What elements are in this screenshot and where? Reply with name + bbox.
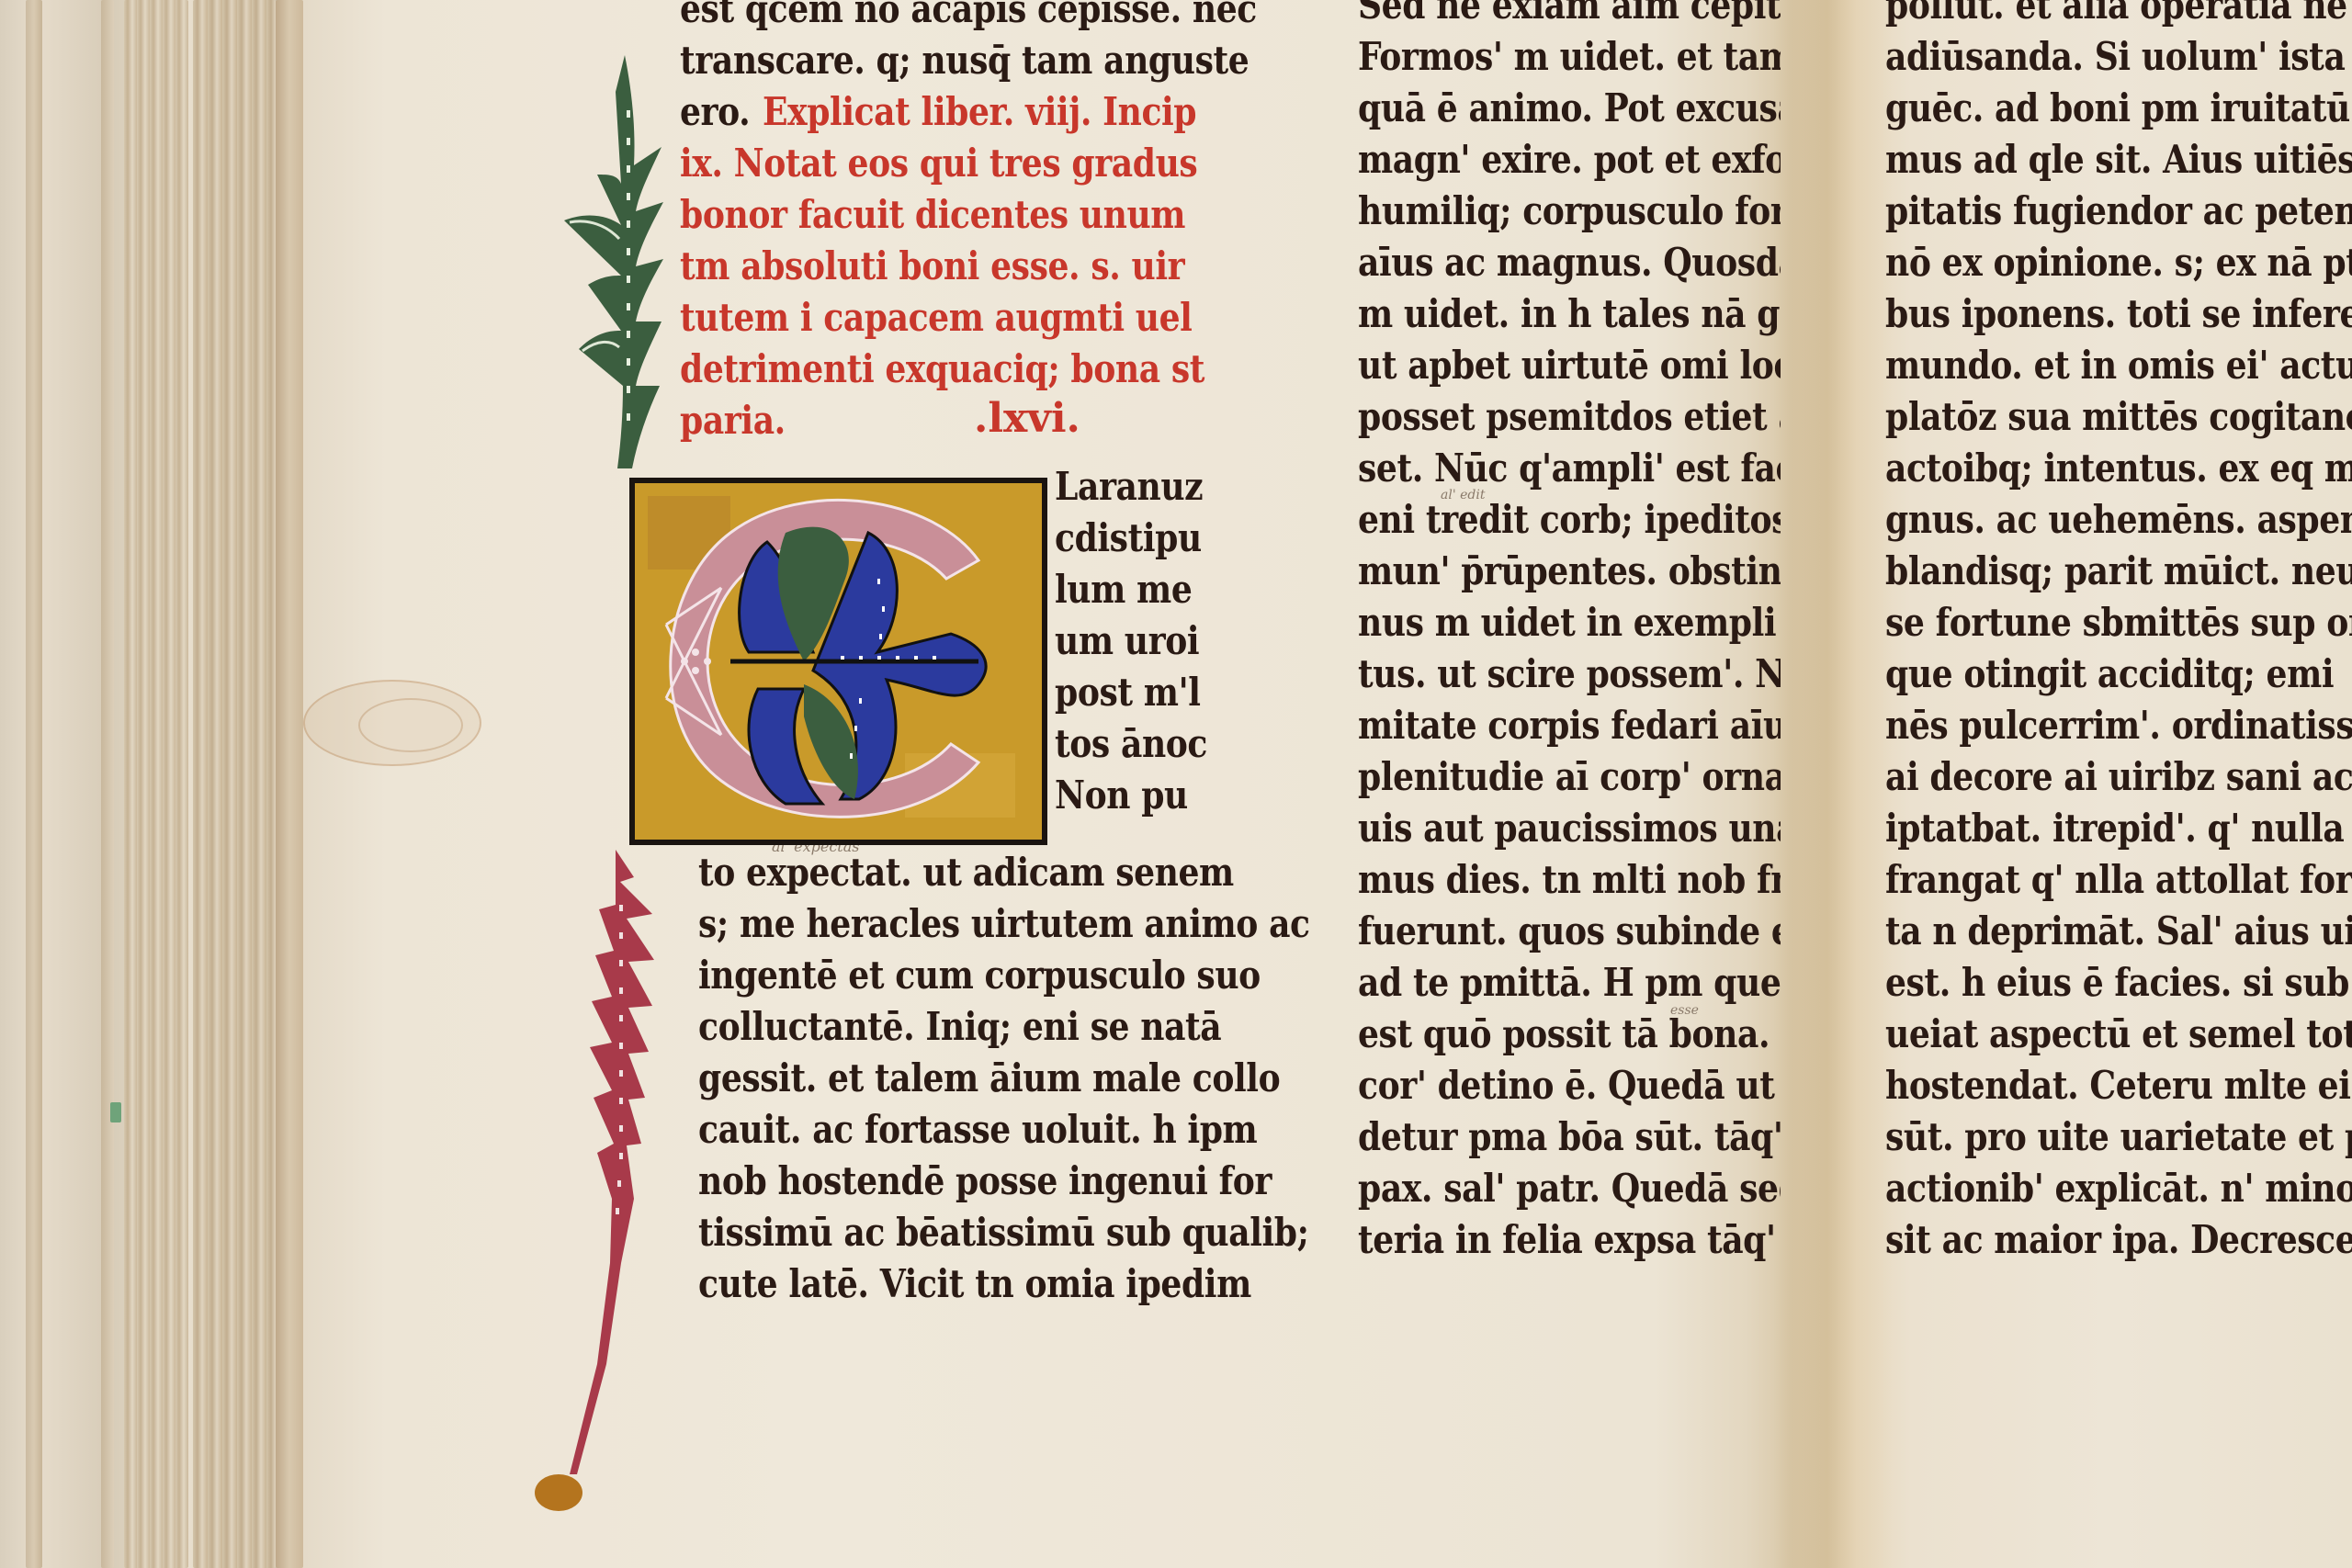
text-line: que otingit acciditq; emi — [1885, 649, 2334, 700]
text-line: sūt. pro uite uarietate et pro — [1885, 1111, 2352, 1163]
text-line: nob hostendē posse ingenui for — [698, 1156, 1272, 1207]
text-line: lum me — [1055, 564, 1192, 615]
middle-text-column: Sed ne exiam aim cepit multi Formos' m u… — [1358, 0, 1781, 1339]
stain — [358, 698, 463, 752]
text-line: uis aut paucissimos una feci — [1358, 803, 1781, 854]
green-leaf-flourish-icon — [560, 55, 671, 478]
text-line: posset psemitdos etiet aīos. feci — [1358, 391, 1781, 443]
text-line: quā ē animo. Pot excusa. m — [1358, 83, 1781, 134]
page-edges — [0, 0, 303, 1568]
text-line: pollut. et alia operātia ne aut — [1885, 0, 2352, 31]
text-line: ta n deprimāt. Sal' aius uirt — [1885, 906, 2352, 957]
text-line: est qcem nō acapis cepisse. nec — [680, 0, 1257, 35]
text-line: mitate corpis fedari aīum — [1358, 700, 1781, 751]
text-line: ueiat aspectū et semel totā se — [1885, 1009, 2352, 1060]
text-line: actionib' explicāt. n' minor — [1885, 1163, 2352, 1214]
text-line: cor' detino ē. Quedā ut nris ui — [1358, 1060, 1781, 1111]
rubric-line: detrimenti exquaciq; bona st — [680, 344, 1204, 395]
text-line: ingentē et cum corpusculo suo — [698, 950, 1261, 1001]
green-tab-mark — [110, 1102, 121, 1122]
text-line: platōz sua mittēs cogitanoib — [1885, 391, 2352, 443]
text-line: tus. ut scire possem'. Non de — [1358, 649, 1781, 700]
text-line: colluctantē. Iniq; eni se natā — [698, 1001, 1221, 1053]
text-line: aīus ac magnus. Quosda itaq — [1358, 237, 1781, 288]
right-text-column: pollut. et alia operātia ne aut adiūsand… — [1885, 0, 2352, 1339]
text-line: gnus. ac uehemēns. aspens i — [1885, 494, 2352, 546]
text-line: est. h eius ē facies. si sub un — [1885, 957, 2352, 1009]
text-line: mus dies. tn mlti nob fmōes — [1358, 854, 1781, 906]
page-edge-stripe — [101, 0, 114, 1568]
text-line: mus ad qle sit. Aius uitiēs ua — [1885, 134, 2352, 186]
text-line: actoibq; intentus. ex eq ma — [1885, 443, 2352, 494]
text-line: bus iponens. toti se inferens i — [1885, 288, 2352, 340]
text-line: pax. sal' patr. Quedā seda ima — [1358, 1163, 1781, 1214]
text-line: to expectat. ut adicam senem — [698, 847, 1234, 898]
text-line: sit ac maior ipa. Decrescere — [1885, 1214, 2352, 1266]
rubric-line: tutem i capacem augmti uel — [680, 292, 1192, 344]
rubric-line: bonor facuit dicentes unum — [680, 189, 1185, 241]
text-line: tos ānoc — [1055, 718, 1207, 770]
text-line: mundo. et in omis ei' actus otem — [1885, 340, 2352, 391]
text-line: mun' p̄rūpentes. obstina. Clari — [1358, 546, 1781, 597]
text-line: teria in felia expsa tāq' torm — [1358, 1214, 1781, 1266]
manuscript-photograph: est qcem nō acapis cepisse. nec transcar… — [0, 0, 2352, 1568]
text-line: Formos' m uidet. et tam decē — [1358, 31, 1781, 83]
illuminated-initial-c-icon — [629, 478, 1047, 845]
text-line: um uroi — [1055, 615, 1199, 667]
text-line: nus m uidet in exempli tote — [1358, 597, 1781, 649]
text-line: cdistipu — [1055, 513, 1202, 564]
text-line: eni tredit corb; ipeditos. s; nichi — [1358, 494, 1781, 546]
text-line: ad te pmittā. H pm quesitu — [1358, 957, 1781, 1009]
text-line: humiliq; corpusculo formosi — [1358, 186, 1781, 237]
red-leaf-flourish-icon — [533, 850, 680, 1520]
book-gutter — [1773, 0, 1893, 1568]
text-line: gessit. et talem āium male collo — [698, 1053, 1280, 1104]
text-line: se fortune sbmittēs sup omia — [1885, 597, 2352, 649]
illuminated-initial — [629, 478, 1047, 845]
text-line: magn' exire. pot et exformi — [1358, 134, 1781, 186]
text-line: post m'l — [1055, 667, 1201, 718]
text-line: Sed ne exiam aim cepit multi — [1358, 0, 1781, 31]
page-edge-stripe — [193, 0, 276, 1568]
text-line: cute latē. Vicit tn omia ipedim — [698, 1258, 1251, 1310]
text-line: Non pu — [1055, 770, 1188, 821]
rubric-line: paria. — [680, 395, 786, 446]
text-line: nēs pulcerrim'. ordinatissim — [1885, 700, 2352, 751]
text-line: plenitudie aī corp' ornari. Cū — [1358, 751, 1781, 803]
text-line: nō ex opinione. s; ex nā ptia te — [1885, 237, 2352, 288]
rubric-line: ix. Notat eos qui tres gradus — [680, 138, 1197, 189]
text-line: guēc. ad boni pm iruitatū. et ostē — [1885, 83, 2352, 134]
text-line: set. Nūc q'ampli' est fac. Quosda — [1358, 443, 1781, 494]
page-edge-stripe — [276, 0, 303, 1568]
text-line: adiūsanda. Si uolum' ista disti — [1885, 31, 2352, 83]
text-line: hostendat. Ceteru mlte ei' spe — [1885, 1060, 2352, 1111]
rubric-line: Explicat liber. viij. Incip — [763, 86, 1196, 138]
text-line: transcare. q; nusq̄ tam anguste — [680, 35, 1249, 86]
text-line: s; me heracles uirtutem animo ac — [698, 898, 1310, 950]
text-line: fuerunt. quos subinde egeri. et — [1358, 906, 1781, 957]
page-edge-stripe — [26, 0, 42, 1568]
text-line: detur pma bōa sūt. tāq' gaudiū — [1358, 1111, 1781, 1163]
rubric-line: tm absoluti boni esse. s. uir — [680, 241, 1184, 292]
chapter-number: .lxvi. — [974, 395, 1080, 442]
text-line: Laranuz — [1055, 461, 1203, 513]
text-line: pitatis fugiendor ac petendorz — [1885, 186, 2352, 237]
text-line: cauit. ac fortasse uoluit. h ipm — [698, 1104, 1257, 1156]
text-line: iptatbat. itrepid'. q' nulla uis — [1885, 803, 2352, 854]
text-line: ai decore ai uiribz sani ac sicc — [1885, 751, 2352, 803]
text-line: m uidet. in h tales nā generare — [1358, 288, 1781, 340]
text-line: ero. — [680, 86, 750, 138]
text-line: ut apbet uirtutē omi loco nasci — [1358, 340, 1781, 391]
page-edge-stripe — [124, 0, 188, 1568]
text-line: est quō possit tā bona. si simplex — [1358, 1009, 1781, 1060]
text-line: blandisq; parit mūict. neutr — [1885, 546, 2352, 597]
text-line: tissimū ac bēatissimū sub qualib; — [698, 1207, 1309, 1258]
text-line: frangat q' nlla attollat fort — [1885, 854, 2352, 906]
